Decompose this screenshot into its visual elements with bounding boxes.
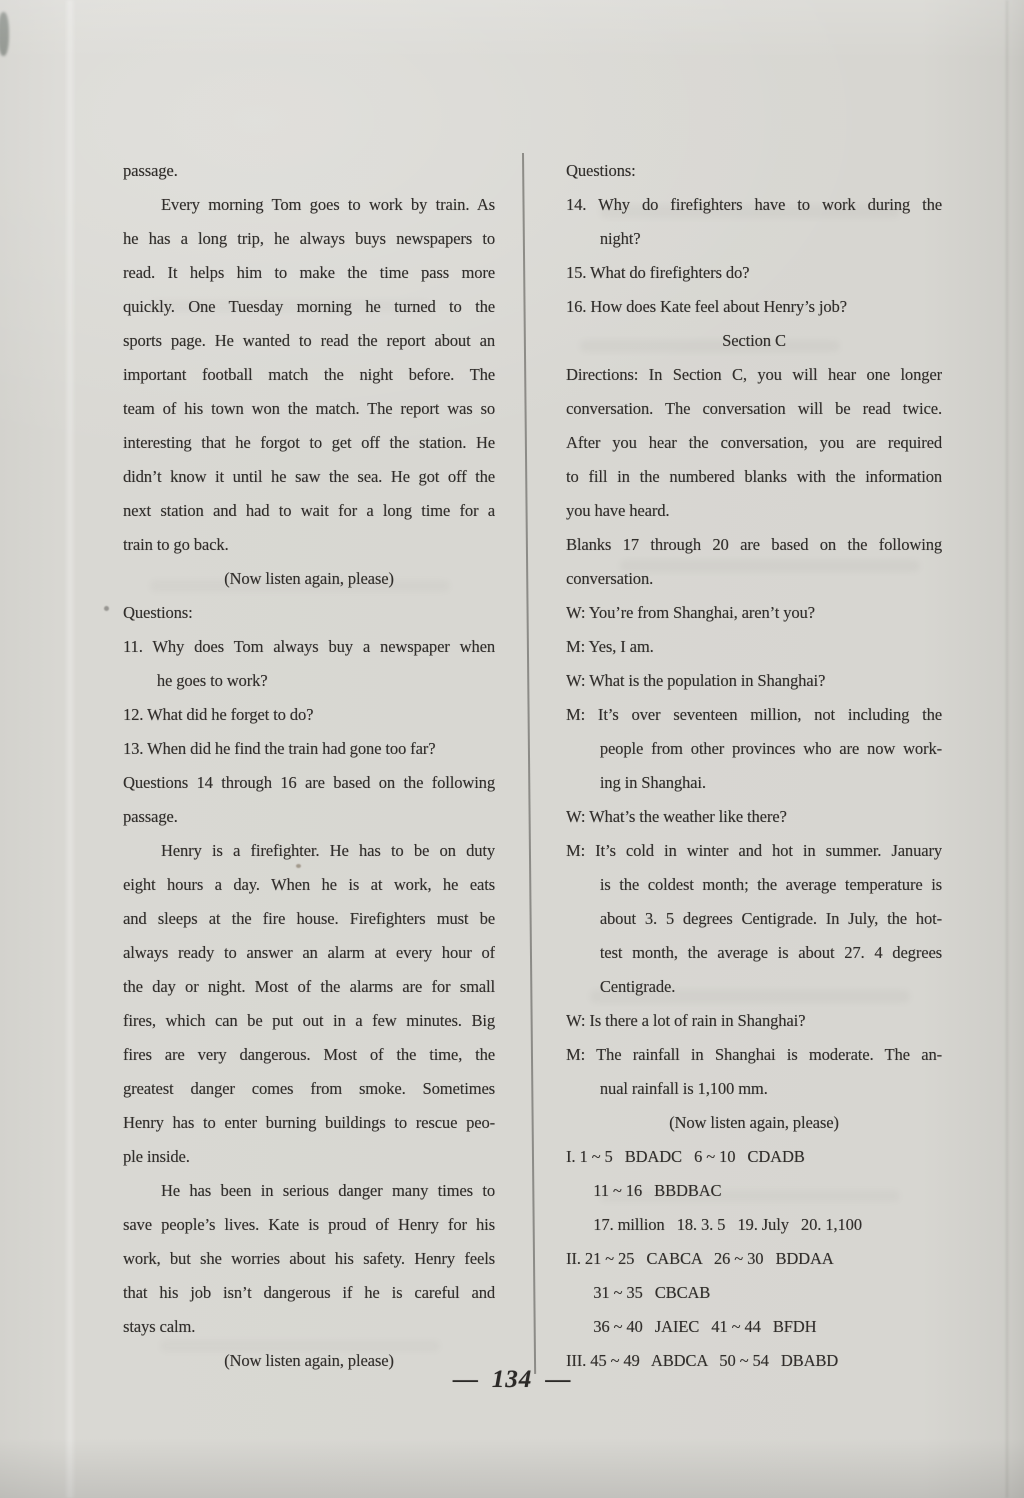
text-line: M: It’s over seventeen million, not incl… [566,698,942,732]
paper-crease [64,0,76,1498]
text-line: 36 ~ 40 JAIEC 41 ~ 44 BFDH [566,1310,942,1344]
text-line: interesting that he forgot to get off th… [123,426,495,460]
text-line: Every morning Tom goes to work by train.… [123,188,495,222]
text-line: M: The rainfall in Shanghai is moderate.… [566,1038,942,1072]
text-line: you have heard. [566,494,942,528]
text-line: save people’s lives. Kate is proud of He… [123,1208,495,1242]
text-line: (Now listen again, please) [123,562,495,596]
text-line: II. 21 ~ 25 CABCA 26 ~ 30 BDDAA [566,1242,942,1276]
text-line: stays calm. [123,1310,495,1344]
text-line: work, but she worries about his safety. … [123,1242,495,1276]
text-line: Questions: [566,154,942,188]
text-line: fires, which can be put out in a few min… [123,1004,495,1038]
text-line: He has been in serious danger many times… [123,1174,495,1208]
scan-edge-shadow [1006,0,1008,1498]
text-line: conversation. [566,562,942,596]
text-line: night? [566,222,942,256]
text-line: After you hear the conversation, you are… [566,426,942,460]
ink-speck [104,606,109,611]
text-line: Centigrade. [566,970,942,1004]
text-line: quickly. One Tuesday morning he turned t… [123,290,495,324]
text-line: fires are very dangerous. Most of the ti… [123,1038,495,1072]
text-line: Directions: In Section C, you will hear … [566,358,942,392]
right-column: Questions:14. Why do firefighters have t… [566,154,942,1378]
text-line: to fill in the numbered blanks with the … [566,460,942,494]
text-line: W: Is there a lot of rain in Shanghai? [566,1004,942,1038]
text-line: next station and had to wait for a long … [123,494,495,528]
text-line: he has a long trip, he always buys newsp… [123,222,495,256]
text-line: always ready to answer an alarm at every… [123,936,495,970]
text-line: M: Yes, I am. [566,630,942,664]
text-line: sports page. He wanted to read the repor… [123,324,495,358]
text-line: is the coldest month; the average temper… [566,868,942,902]
text-line: ing in Shanghai. [566,766,942,800]
text-line: team of his town won the match. The repo… [123,392,495,426]
text-line: people from other provinces who are now … [566,732,942,766]
text-line: nual rainfall is 1,100 mm. [566,1072,942,1106]
scan-edge-mark [0,12,9,56]
text-line: M: It’s cold in winter and hot in summer… [566,834,942,868]
text-line: passage. [123,154,495,188]
text-line: 13. When did he find the train had gone … [123,732,495,766]
text-line: greatest danger comes from smoke. Someti… [123,1072,495,1106]
text-line: 16. How does Kate feel about Henry’s job… [566,290,942,324]
text-line: 15. What do firefighters do? [566,256,942,290]
text-line: he goes to work? [123,664,495,698]
text-line: W: What is the population in Shanghai? [566,664,942,698]
text-line: 11 ~ 16 BBDBAC [566,1174,942,1208]
footer-dash-left: — [453,1366,479,1393]
column-divider [522,153,536,1374]
text-line: 17. million 18. 3. 5 19. July 20. 1,100 [566,1208,942,1242]
text-line: ple inside. [123,1140,495,1174]
text-line: I. 1 ~ 5 BDADC 6 ~ 10 CDADB [566,1140,942,1174]
footer-dash-right: — [545,1366,571,1393]
text-line: 12. What did he forget to do? [123,698,495,732]
page-footer: —134— [0,1366,1024,1408]
text-line: 14. Why do firefighters have to work dur… [566,188,942,222]
text-line: didn’t know it until he saw the sea. He … [123,460,495,494]
text-line: (Now listen again, please) [566,1106,942,1140]
text-line: the day or night. Most of the alarms are… [123,970,495,1004]
text-line: about 3. 5 degrees Centigrade. In July, … [566,902,942,936]
text-line: Questions 14 through 16 are based on the… [123,766,495,800]
left-column: passage.Every morning Tom goes to work b… [123,154,495,1378]
scanned-book-page: passage.Every morning Tom goes to work b… [0,0,1024,1498]
text-line: read. It helps him to make the time pass… [123,256,495,290]
text-line: test month, the average is about 27. 4 d… [566,936,942,970]
text-line: 11. Why does Tom always buy a newspaper … [123,630,495,664]
text-line: important football match the night befor… [123,358,495,392]
text-line: Section C [566,324,942,358]
text-line: train to go back. [123,528,495,562]
text-line: 31 ~ 35 CBCAB [566,1276,942,1310]
text-line: W: You’re from Shanghai, aren’t you? [566,596,942,630]
text-line: passage. [123,800,495,834]
text-line: and sleeps at the fire house. Firefighte… [123,902,495,936]
page-number: 134 [492,1366,533,1393]
text-line: that his job isn’t dangerous if he is ca… [123,1276,495,1310]
text-line: Henry is a firefighter. He has to be on … [123,834,495,868]
ink-speck [296,864,301,868]
text-line: Henry has to enter burning buildings to … [123,1106,495,1140]
text-line: eight hours a day. When he is at work, h… [123,868,495,902]
text-line: conversation. The conversation will be r… [566,392,942,426]
text-line: Blanks 17 through 20 are based on the fo… [566,528,942,562]
text-line: W: What’s the weather like there? [566,800,942,834]
text-line: Questions: [123,596,495,630]
